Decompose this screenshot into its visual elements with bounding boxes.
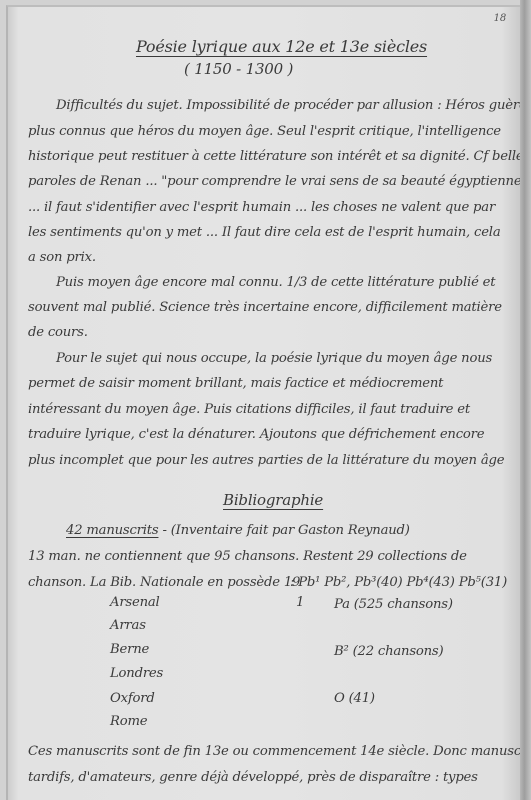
manuscripts-count: 42 manuscrits xyxy=(66,523,158,538)
library-name: Arsenal xyxy=(110,595,160,610)
manuscripts-line: 42 manuscrits - (Inventaire fait par Gas… xyxy=(66,523,410,538)
bibliography-sigla: : Pb¹ Pb², Pb³(40) Pb⁴(43) Pb⁵(31) xyxy=(290,575,507,590)
paragraph-1-line: plus connus que héros du moyen âge. Seul… xyxy=(28,124,501,139)
paragraph-3-line: permet de saisir moment brillant, mais f… xyxy=(28,376,443,391)
paragraph-3-line: Pour le sujet qui nous occupe, la poésie… xyxy=(56,351,492,366)
bibliography-heading: Bibliographie xyxy=(223,491,323,509)
paragraph-1-line: Difficultés du sujet. Impossibilité de p… xyxy=(56,98,527,113)
paragraph-1-line: a son prix. xyxy=(28,250,96,265)
library-name: Berne xyxy=(110,642,149,657)
library-siglum: B² (22 chansons) xyxy=(334,644,443,659)
manuscript-page: 18 Poésie lyrique aux 12e et 13e siècles… xyxy=(6,5,522,800)
library-name: Arras xyxy=(110,618,146,633)
binding-edge xyxy=(520,0,531,800)
closing-line: Ces manuscrits sont de fin 13e ou commen… xyxy=(28,744,531,759)
bibliography-line: 13 man. ne contiennent que 95 chansons. … xyxy=(28,549,467,564)
paragraph-1-line: ... il faut s'identifier avec l'esprit h… xyxy=(28,200,495,215)
paragraph-2-line: de cours. xyxy=(28,325,88,340)
paragraph-1-line: les sentiments qu'on y met ... Il faut d… xyxy=(28,225,500,240)
manuscripts-note: - (Inventaire fait par Gaston Reynaud) xyxy=(158,523,409,538)
page-title: Poésie lyrique aux 12e et 13e siècles xyxy=(136,37,427,56)
library-count: 1 xyxy=(296,595,304,610)
library-name: Londres xyxy=(110,666,163,681)
page-number: 18 xyxy=(494,13,506,24)
date-range: ( 1150 - 1300 ) xyxy=(184,60,293,78)
paragraph-3-line: intéressant du moyen âge. Puis citations… xyxy=(28,402,470,417)
closing-line: tardifs, d'amateurs, genre déjà développ… xyxy=(28,770,478,785)
library-name: Oxford xyxy=(110,691,155,706)
manuscript-scan: 18 Poésie lyrique aux 12e et 13e siècles… xyxy=(0,0,531,800)
paragraph-1-line: historique peut restituer à cette littér… xyxy=(28,149,530,164)
library-name: Rome xyxy=(110,714,147,729)
paragraph-2-line: souvent mal publié. Science très incerta… xyxy=(28,300,502,315)
paragraph-2-line: Puis moyen âge encore mal connu. 1/3 de … xyxy=(56,275,495,290)
paragraph-3-line: plus incomplet que pour les autres parti… xyxy=(28,453,504,468)
paragraph-1-line: paroles de Renan ... "pour comprendre le… xyxy=(28,174,531,189)
bibliography-line-prefix: chanson. La Bib. Nationale en possède 19 xyxy=(28,575,300,590)
library-siglum: Pa (525 chansons) xyxy=(334,597,453,612)
paragraph-3-line: traduire lyrique, c'est la dénaturer. Aj… xyxy=(28,427,484,442)
library-siglum: O (41) xyxy=(334,691,375,706)
